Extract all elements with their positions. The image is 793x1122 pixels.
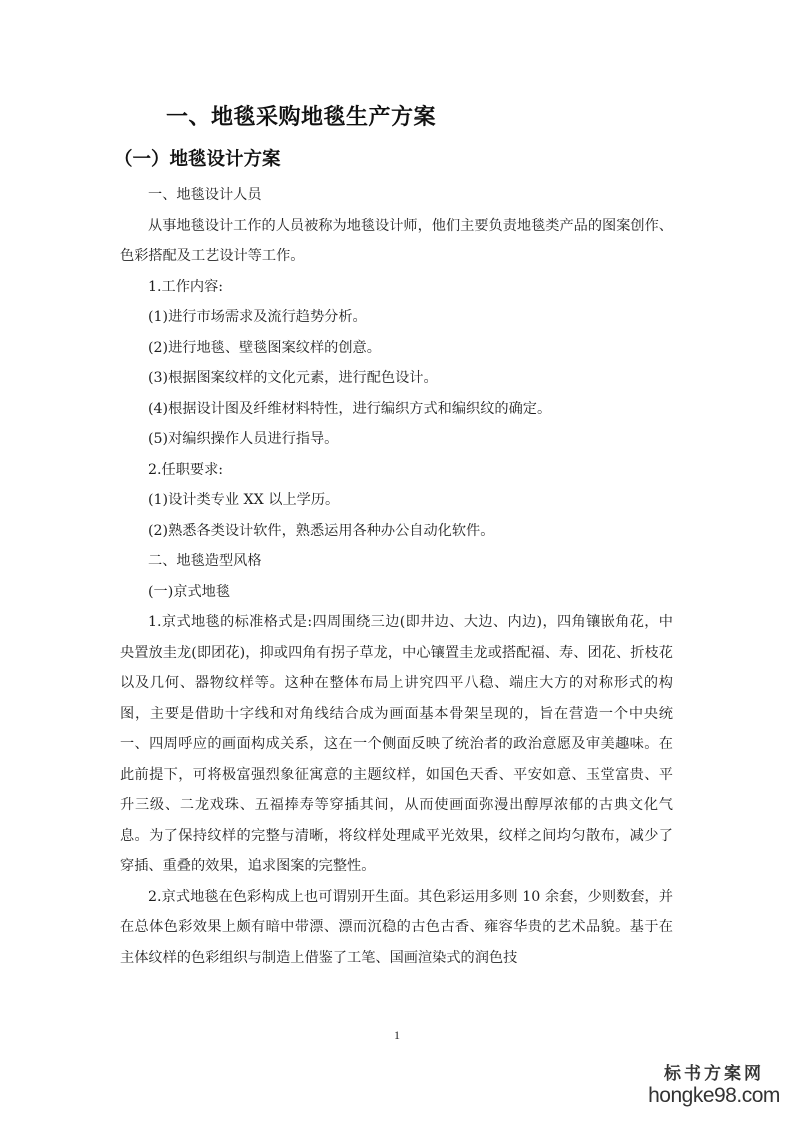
document-title: 一、地毯采购地毯生产方案 — [120, 96, 673, 140]
list-item: (1)进行市场需求及流行趋势分析。 — [120, 302, 673, 333]
watermark-logo: 标书方案网 hongke98.com — [644, 1064, 784, 1108]
subheading-beijing-carpet: (一)京式地毯 — [120, 577, 673, 608]
subheading-designer-staff: 一、地毯设计人员 — [120, 180, 673, 211]
section-heading: （一）地毯设计方案 — [114, 140, 673, 180]
paragraph-designer-intro: 从事地毯设计工作的人员被称为地毯设计师，他们主要负责地毯类产品的图案创作、色彩搭… — [120, 211, 673, 272]
subheading-carpet-style: 二、地毯造型风格 — [120, 546, 673, 577]
document-page: 一、地毯采购地毯生产方案 （一）地毯设计方案 一、地毯设计人员 从事地毯设计工作… — [0, 0, 793, 1122]
page-number: 1 — [390, 1028, 404, 1043]
watermark-domain: hongke98.com — [644, 1084, 784, 1108]
list-item: (1)设计类专业 XX 以上学历。 — [120, 485, 673, 516]
list-item: (3)根据图案纹样的文化元素，进行配色设计。 — [120, 363, 673, 394]
list-heading-requirements: 2.任职要求: — [120, 455, 673, 486]
text-column: 一、地毯采购地毯生产方案 （一）地毯设计方案 一、地毯设计人员 从事地毯设计工作… — [120, 96, 673, 973]
list-item: (2)熟悉各类设计软件，熟悉运用各种办公自动化软件。 — [120, 516, 673, 547]
list-item: (2)进行地毯、壁毯图案纹样的创意。 — [120, 333, 673, 364]
list-heading-job-content: 1.工作内容: — [120, 272, 673, 303]
list-item: (4)根据设计图及纤维材料特性，进行编织方式和编织纹的确定。 — [120, 394, 673, 425]
paragraph-beijing-color: 2.京式地毯在色彩构成上也可谓别开生面。其色彩运用多则 10 余套，少则数套，并… — [120, 882, 673, 974]
watermark-chinese: 标书方案网 — [644, 1064, 784, 1084]
list-item: (5)对编织操作人员进行指导。 — [120, 424, 673, 455]
paragraph-beijing-format: 1.京式地毯的标准格式是:四周围绕三边(即井边、大边、内边)，四角镶嵌角花，中央… — [120, 607, 673, 882]
